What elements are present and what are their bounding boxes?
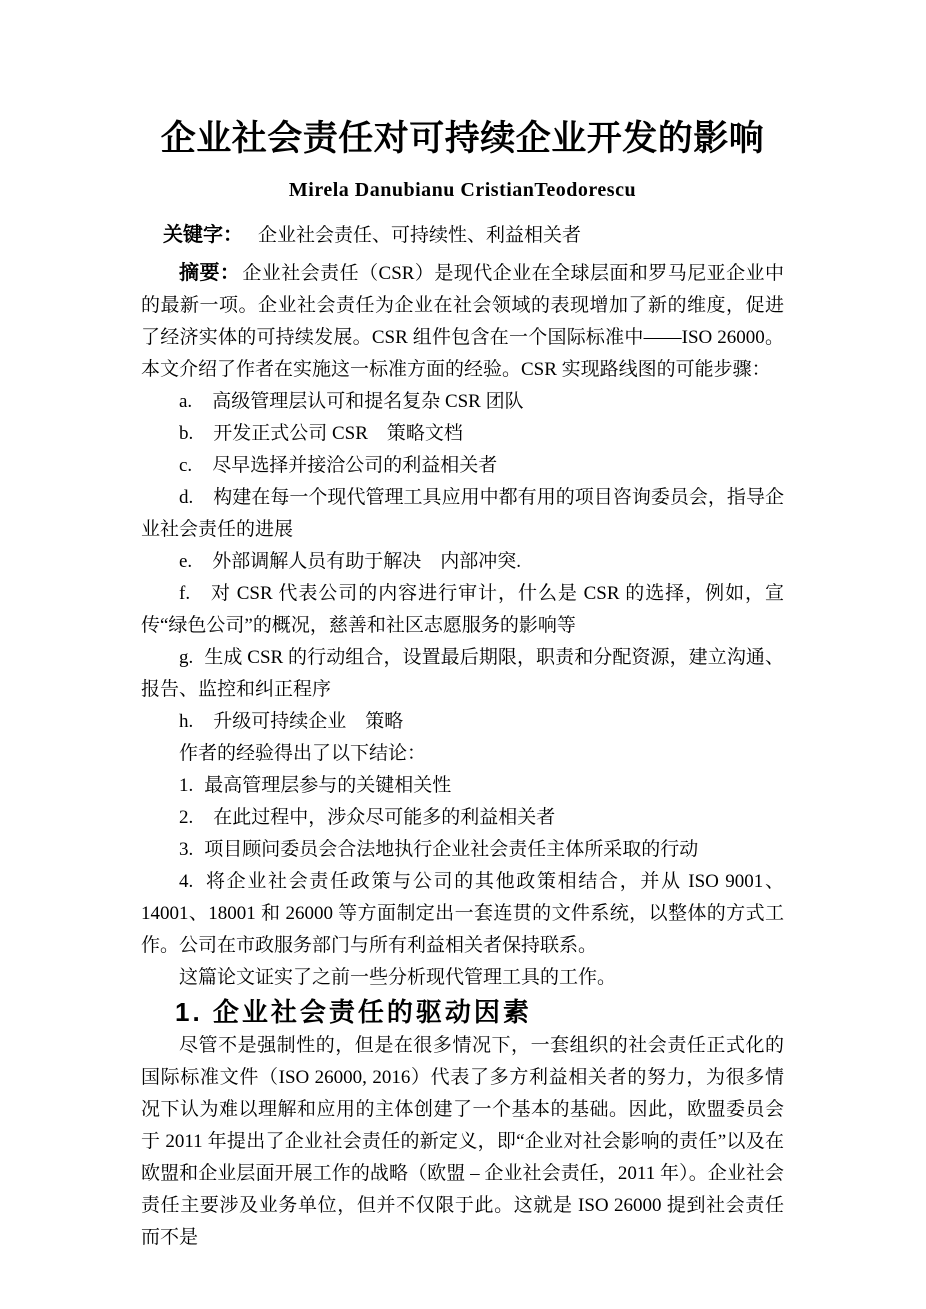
list-marker: b. <box>179 423 193 444</box>
section-1-paragraph: 尽管不是强制性的，但是在很多情况下，一套组织的社会责任正式化的国际标准文件（IS… <box>141 1030 784 1254</box>
keywords-line: 关键字：企业社会责任、可持续性、利益相关者 <box>141 219 784 252</box>
list-item-text: 开发正式公司 CSR 策略文档 <box>213 423 463 444</box>
list-marker: g. <box>179 647 193 668</box>
list-marker: 1. <box>179 775 193 796</box>
list-marker: f. <box>179 583 190 604</box>
list-item-text: 高级管理层认可和提名复杂 CSR 团队 <box>212 391 523 412</box>
list-item-text: 生成 CSR 的行动组合，设置最后期限，职责和分配资源，建立沟通、报告、监控和纠… <box>141 647 784 700</box>
list-marker: c. <box>179 455 192 476</box>
roadmap-step-e: e.外部调解人员有助于解决 内部冲突. <box>141 546 784 578</box>
list-marker: e. <box>179 551 192 572</box>
list-marker: 2. <box>179 807 193 828</box>
document-content: 企业社会责任对可持续企业开发的影响 Mirela Danubianu Crist… <box>141 116 784 1254</box>
list-marker: 4. <box>179 871 193 892</box>
roadmap-step-d: d.构建在每一个现代管理工具应用中都有用的项目咨询委员会，指导企业社会责任的进展 <box>141 482 784 546</box>
keywords-text: 企业社会责任、可持续性、利益相关者 <box>258 225 581 246</box>
list-item-text: 将企业社会责任政策与公司的其他政策相结合，并从 ISO 9001、14001、1… <box>141 871 784 956</box>
list-item-text: 项目顾问委员会合法地执行企业社会责任主体所采取的行动 <box>204 839 698 860</box>
list-item-text: 外部调解人员有助于解决 内部冲突. <box>212 551 521 572</box>
section-1-heading: 1. 企业社会责任的驱动因素 <box>141 994 784 1030</box>
conclusions-intro: 作者的经验得出了以下结论： <box>141 738 784 770</box>
list-item-text: 对 CSR 代表公司的内容进行审计，什么是 CSR 的选择，例如，宣传“绿色公司… <box>141 583 784 636</box>
list-item-text: 最高管理层参与的关键相关性 <box>204 775 451 796</box>
list-marker: 3. <box>179 839 193 860</box>
closing-note: 这篇论文证实了之前一些分析现代管理工具的工作。 <box>141 962 784 994</box>
document-page: 企业社会责任对可持续企业开发的影响 Mirela Danubianu Crist… <box>0 0 926 1309</box>
roadmap-step-b: b.开发正式公司 CSR 策略文档 <box>141 418 784 450</box>
abstract-label: 摘要： <box>179 262 240 284</box>
roadmap-step-a: a.高级管理层认可和提名复杂 CSR 团队 <box>141 386 784 418</box>
conclusion-2: 2.在此过程中，涉众尽可能多的利益相关者 <box>141 802 784 834</box>
list-item-text: 构建在每一个现代管理工具应用中都有用的项目咨询委员会，指导企业社会责任的进展 <box>141 487 784 540</box>
authors-line: Mirela Danubianu CristianTeodorescu <box>141 177 784 203</box>
conclusion-4: 4.将企业社会责任政策与公司的其他政策相结合，并从 ISO 9001、14001… <box>141 866 784 962</box>
list-item-text: 尽早选择并接洽公司的利益相关者 <box>212 455 497 476</box>
list-marker: h. <box>179 711 193 732</box>
list-item-text: 升级可持续企业 策略 <box>213 711 403 732</box>
keywords-label: 关键字： <box>163 224 243 246</box>
roadmap-step-h: h.升级可持续企业 策略 <box>141 706 784 738</box>
roadmap-step-g: g.生成 CSR 的行动组合，设置最后期限，职责和分配资源，建立沟通、报告、监控… <box>141 642 784 706</box>
list-marker: a. <box>179 391 192 412</box>
page-title: 企业社会责任对可持续企业开发的影响 <box>141 116 784 162</box>
roadmap-step-f: f.对 CSR 代表公司的内容进行审计，什么是 CSR 的选择，例如，宣传“绿色… <box>141 578 784 642</box>
conclusion-3: 3.项目顾问委员会合法地执行企业社会责任主体所采取的行动 <box>141 834 784 866</box>
list-item-text: 在此过程中，涉众尽可能多的利益相关者 <box>213 807 555 828</box>
conclusion-1: 1.最高管理层参与的关键相关性 <box>141 770 784 802</box>
abstract-paragraph: 摘要：企业社会责任（CSR）是现代企业在全球层面和罗马尼亚企业中的最新一项。企业… <box>141 257 784 386</box>
roadmap-step-c: c.尽早选择并接洽公司的利益相关者 <box>141 450 784 482</box>
list-marker: d. <box>179 487 193 508</box>
